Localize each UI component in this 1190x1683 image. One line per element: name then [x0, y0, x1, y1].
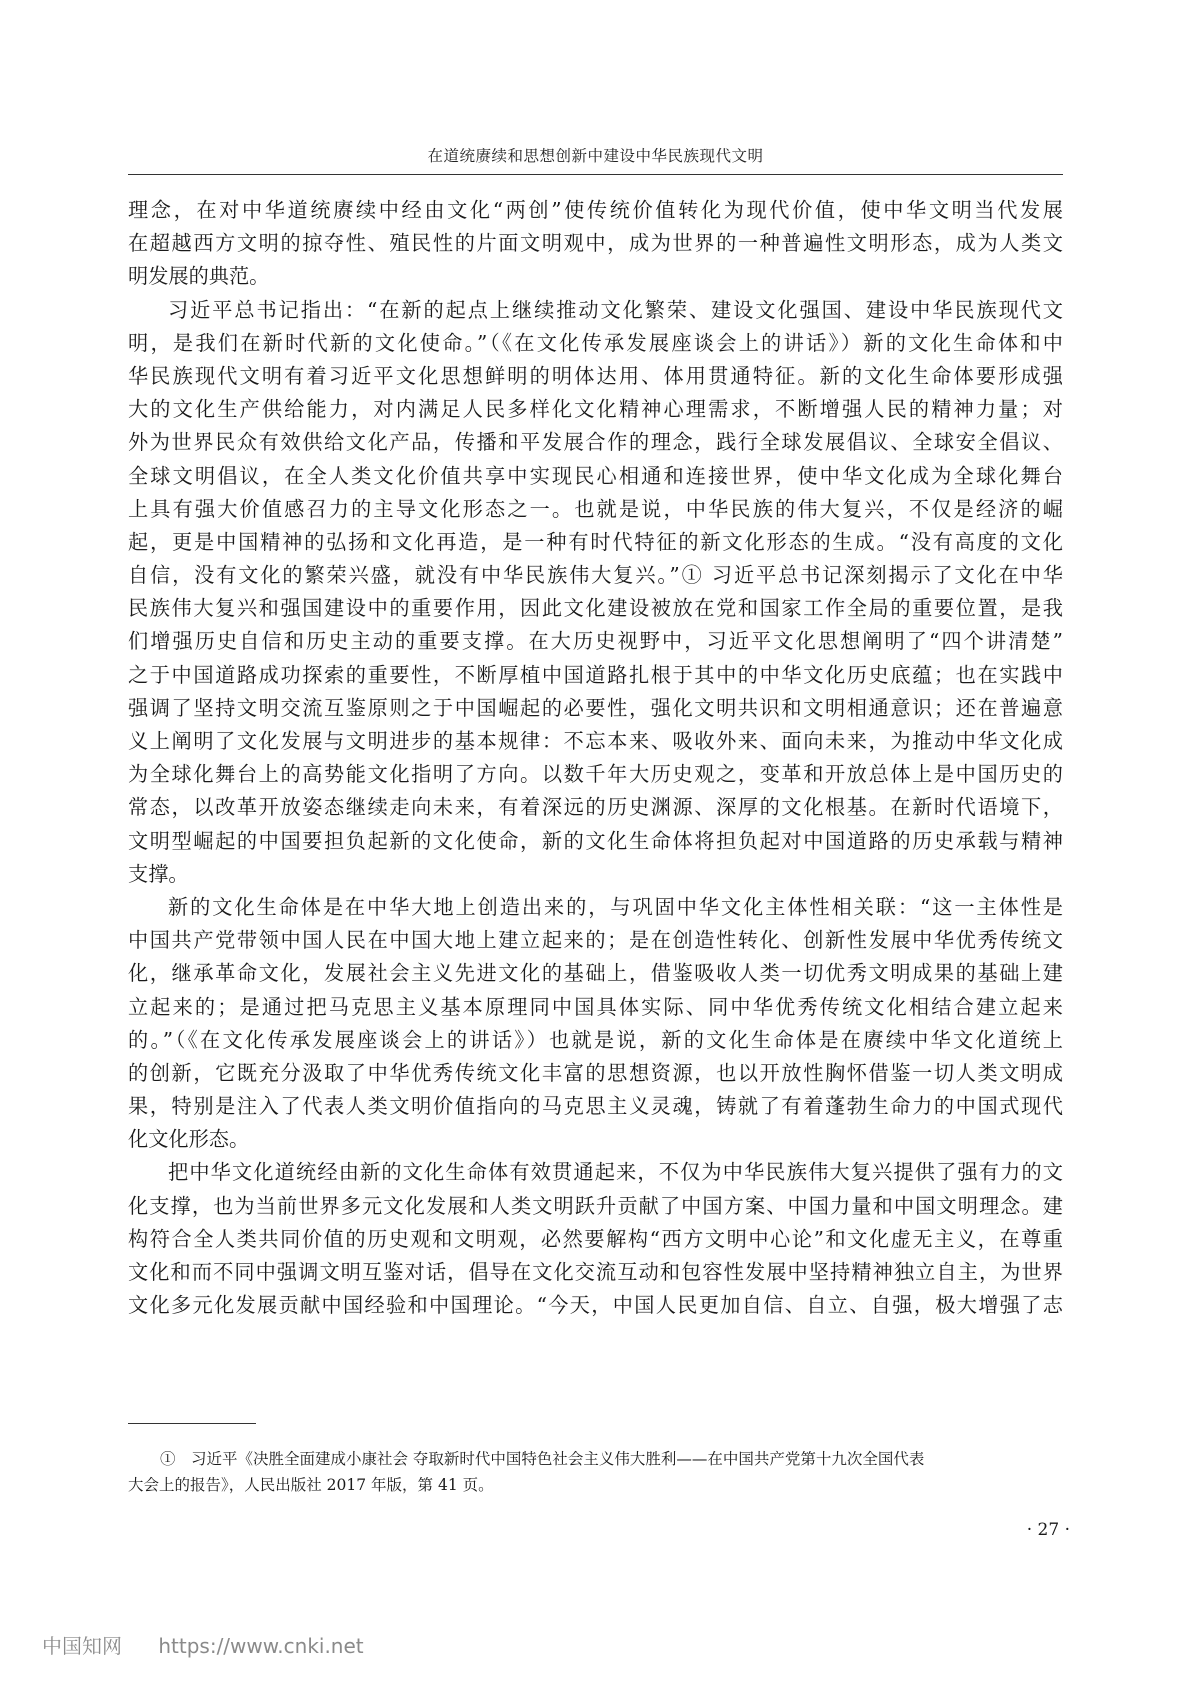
text-line: 的创新，它既充分汲取了中华优秀传统文化丰富的思想资源，也以开放性胸怀借鉴一切人类… [128, 1057, 1063, 1090]
text-line: 文明型崛起的中国要担负起新的文化使命，新的文化生命体将担负起对中国道路的历史承载… [128, 825, 1063, 858]
text-line: 的。”（《在文化传承发展座谈会上的讲话》）也就是说，新的文化生命体是在赓续中华文… [128, 1024, 1063, 1057]
running-head: 在道统赓续和思想创新中建设中华民族现代文明 [128, 144, 1063, 166]
text-line: 全球文明倡议，在全人类文化价值共享中实现民心相通和连接世界，使中华文化成为全球化… [128, 460, 1063, 493]
text-line: 明，是我们在新时代新的文化使命。”（《在文化传承发展座谈会上的讲话》）新的文化生… [128, 327, 1063, 360]
text-line: 华民族现代文明有着习近平文化思想鲜明的明体达用、体用贯通特征。新的文化生命体要形… [128, 360, 1063, 393]
text-line: 自信，没有文化的繁荣兴盛，就没有中华民族伟大复兴。”① 习近平总书记深刻揭示了文… [128, 559, 1063, 592]
text-line: 把中华文化道统经由新的文化生命体有效贯通起来，不仅为中华民族伟大复兴提供了强有力… [128, 1156, 1063, 1189]
text-line: 化，继承革命文化，发展社会主义先进文化的基础上，借鉴吸收人类一切优秀文明成果的基… [128, 957, 1063, 990]
text-line: 强调了坚持文明交流互鉴原则之于中国崛起的必要性，强化文明共识和文明相通意识；还在… [128, 692, 1063, 725]
text-line: 中国共产党带领中国人民在中国大地上建立起来的；是在创造性转化、创新性发展中华优秀… [128, 924, 1063, 957]
text-line: 之于中国道路成功探索的重要性，不断厚植中国道路扎根于其中的中华文化历史底蕴；也在… [128, 659, 1063, 692]
text-line: 理念，在对中华道统赓续中经由文化“两创”使传统价值转化为现代价值，使中华文明当代… [128, 194, 1063, 227]
text-line: 支撑。 [128, 858, 1063, 891]
text-line: 上具有强大价值感召力的主导文化形态之一。也就是说，中华民族的伟大复兴，不仅是经济… [128, 493, 1063, 526]
text-line: 常态，以改革开放姿态继续走向未来，有着深远的历史渊源、深厚的文化根基。在新时代语… [128, 791, 1063, 824]
text-line: 习近平总书记指出：“在新的起点上继续推动文化繁荣、建设文化强国、建设中华民族现代… [128, 294, 1063, 327]
text-line: 外为世界民众有效供给文化产品，传播和平发展合作的理念，践行全球发展倡议、全球安全… [128, 426, 1063, 459]
text-line: 在超越西方文明的掠夺性、殖民性的片面文明观中，成为世界的一种普遍性文明形态，成为… [128, 227, 1063, 260]
text-line: 化支撑，也为当前世界多元文化发展和人类文明跃升贡献了中国方案、中国力量和中国文明… [128, 1190, 1063, 1223]
footnote-line: ① 习近平《决胜全面建成小康社会 夺取新时代中国特色社会主义伟大胜利——在中国共… [128, 1446, 1063, 1472]
text-line: 果，特别是注入了代表人类文明价值指向的马克思主义灵魂，铸就了有着蓬勃生命力的中国… [128, 1090, 1063, 1123]
text-line: 化文化形态。 [128, 1123, 1063, 1156]
text-line: 构符合全人类共同价值的历史观和文明观，必然要解构“西方文明中心论”和文化虚无主义… [128, 1223, 1063, 1256]
text-line: 新的文化生命体是在中华大地上创造出来的，与巩固中华文化主体性相关联：“这一主体性… [128, 891, 1063, 924]
watermark-url[interactable]: https://www.cnki.net [158, 1634, 363, 1658]
header-rule [128, 174, 1063, 175]
watermark: 中国知网 https://www.cnki.net [42, 1630, 394, 1659]
document-page: 在道统赓续和思想创新中建设中华民族现代文明 理念，在对中华道统赓续中经由文化“两… [0, 0, 1190, 1683]
footnote: ① 习近平《决胜全面建成小康社会 夺取新时代中国特色社会主义伟大胜利——在中国共… [128, 1446, 1063, 1498]
text-line: 义上阐明了文化发展与文明进步的基本规律：不忘本来、吸收外来、面向未来，为推动中华… [128, 725, 1063, 758]
text-line: 起，更是中国精神的弘扬和文化再造，是一种有时代特征的新文化形态的生成。“没有高度… [128, 526, 1063, 559]
text-line: 大的文化生产供给能力，对内满足人民多样化文化精神心理需求，不断增强人民的精神力量… [128, 393, 1063, 426]
footnote-rule [128, 1423, 256, 1424]
text-line: 民族伟大复兴和强国建设中的重要作用，因此文化建设被放在党和国家工作全局的重要位置… [128, 592, 1063, 625]
body-text: 理念，在对中华道统赓续中经由文化“两创”使传统价值转化为现代价值，使中华文明当代… [128, 194, 1063, 1322]
footnote-line: 大会上的报告》，人民出版社 2017 年版，第 41 页。 [128, 1472, 1063, 1498]
text-line: 明发展的典范。 [128, 260, 1063, 293]
text-line: 文化多元化发展贡献中国经验和中国理论。“今天，中国人民更加自信、自立、自强，极大… [128, 1289, 1063, 1322]
text-line: 文化和而不同中强调文明互鉴对话，倡导在文化交流互动和包容性发展中坚持精神独立自主… [128, 1256, 1063, 1289]
text-line: 立起来的；是通过把马克思主义基本原理同中国具体实际、同中华优秀传统文化相结合建立… [128, 991, 1063, 1024]
text-line: 们增强历史自信和历史主动的重要支撑。在大历史视野中，习近平文化思想阐明了“四个讲… [128, 625, 1063, 658]
watermark-brand: 中国知网 [42, 1634, 122, 1658]
text-line: 为全球化舞台上的高势能文化指明了方向。以数千年大历史观之，变革和开放总体上是中国… [128, 758, 1063, 791]
page-number: · 27 · [1027, 1520, 1070, 1540]
